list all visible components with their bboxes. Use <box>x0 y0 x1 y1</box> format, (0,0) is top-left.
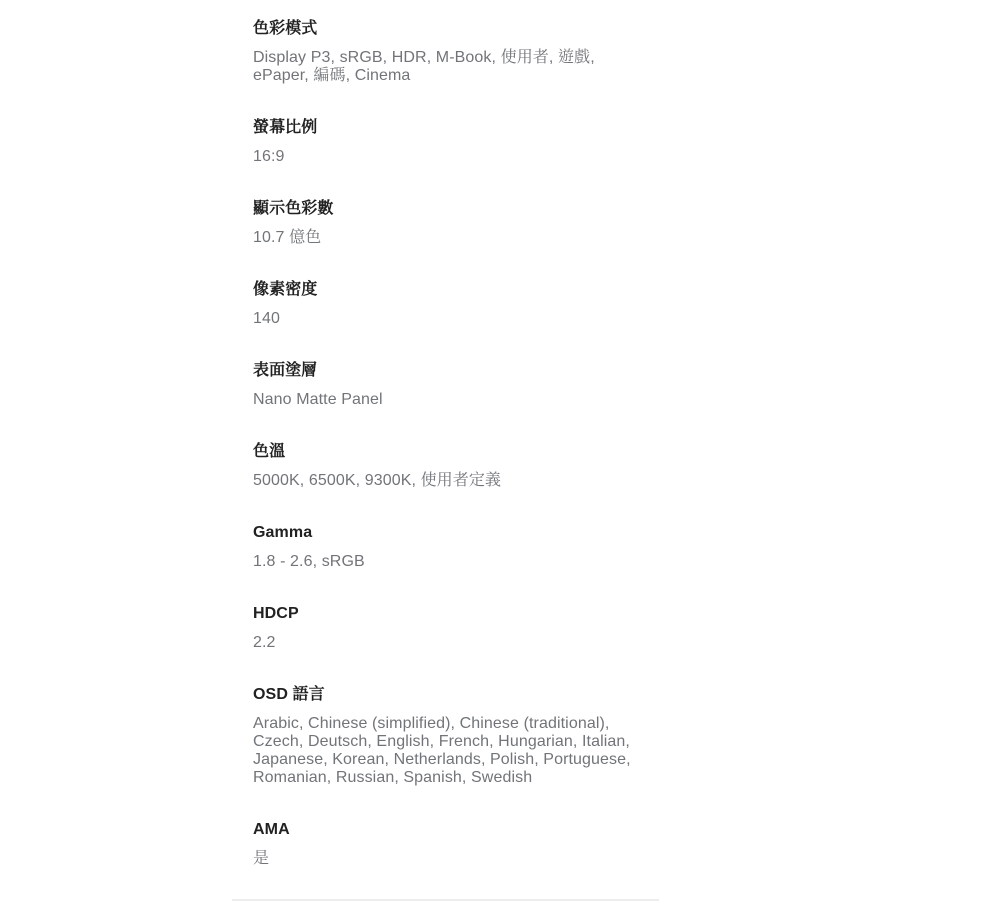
spec-value: 5000K, 6500K, 9300K, 使用者定義 <box>253 472 653 490</box>
spec-row-gamma: Gamma 1.8 - 2.6, sRGB <box>232 523 659 571</box>
spec-label: 顯示色彩數 <box>253 199 659 219</box>
spec-value: 16:9 <box>253 148 653 166</box>
spec-row-osd-language: OSD 語言 Arabic, Chinese (simplified), Chi… <box>232 685 659 787</box>
spec-row-ama: AMA 是 <box>232 820 659 868</box>
spec-value: Nano Matte Panel <box>253 391 653 409</box>
spec-value: 是 <box>253 850 653 868</box>
spec-row-display-colors: 顯示色彩數 10.7 億色 <box>232 199 659 247</box>
spec-label: Gamma <box>253 523 659 543</box>
bottom-divider <box>232 899 659 901</box>
spec-label: AMA <box>253 820 659 840</box>
spec-label: 像素密度 <box>253 280 659 300</box>
spec-page: { "colors": { "background": "#ffffff", "… <box>0 0 1000 921</box>
spec-row-color-mode: 色彩模式 Display P3, sRGB, HDR, M-Book, 使用者,… <box>232 19 659 85</box>
spec-label: 色溫 <box>253 442 659 462</box>
spec-row-hdcp: HDCP 2.2 <box>232 604 659 652</box>
spec-value: 2.2 <box>253 634 653 652</box>
spec-value: 10.7 億色 <box>253 229 653 247</box>
spec-value: 1.8 - 2.6, sRGB <box>253 553 653 571</box>
spec-row-pixel-density: 像素密度 140 <box>232 280 659 328</box>
spec-row-color-temperature: 色溫 5000K, 6500K, 9300K, 使用者定義 <box>232 442 659 490</box>
spec-label: 色彩模式 <box>253 19 659 39</box>
spec-label: HDCP <box>253 604 659 624</box>
spec-label: 表面塗層 <box>253 361 659 381</box>
spec-value: Display P3, sRGB, HDR, M-Book, 使用者, 遊戲, … <box>253 49 653 85</box>
spec-label: 螢幕比例 <box>253 118 659 138</box>
spec-list: 色彩模式 Display P3, sRGB, HDR, M-Book, 使用者,… <box>232 0 659 901</box>
spec-row-aspect-ratio: 螢幕比例 16:9 <box>232 118 659 166</box>
spec-label: OSD 語言 <box>253 685 659 705</box>
spec-value: 140 <box>253 310 653 328</box>
spec-row-surface-coating: 表面塗層 Nano Matte Panel <box>232 361 659 409</box>
spec-value: Arabic, Chinese (simplified), Chinese (t… <box>253 715 653 787</box>
